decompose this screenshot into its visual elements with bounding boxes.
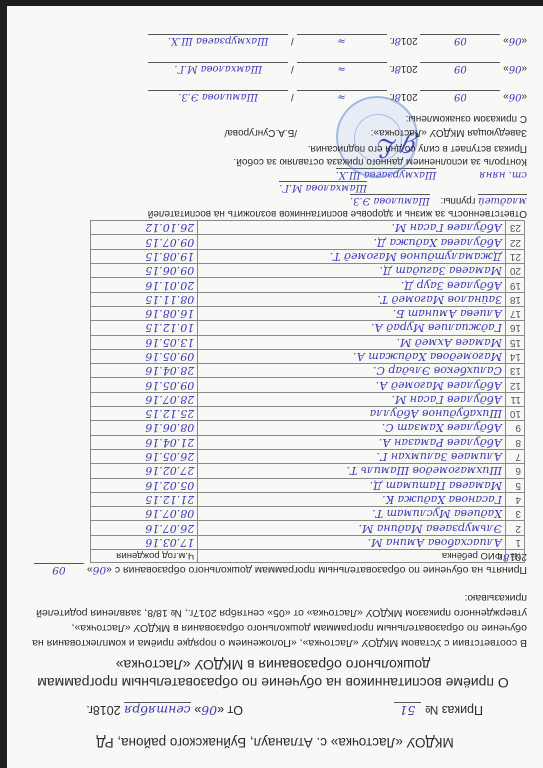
birth-date: 13.05.16	[91, 335, 198, 349]
table-row: 10Шихабудинов Абдулла25.12.15	[91, 407, 525, 421]
child-name: Абдулаев Гасан М.	[198, 221, 506, 235]
table-header-row: № ФИО ребёнка Ч.м.год рождения	[91, 550, 525, 563]
birth-date: 08.06.16	[91, 421, 198, 435]
table-row: 11Абдулаев Гасан М.28.07.16	[91, 392, 525, 406]
row-number: 19	[505, 278, 524, 292]
order-number-value: 51	[394, 702, 422, 718]
child-name: Абдулаев Хамзат С.	[198, 421, 506, 435]
birth-date: 09.07.15	[91, 235, 198, 249]
child-name: Мамаева Загидат Д.	[198, 264, 506, 278]
control-text: Контроль за исполнением данного приказа …	[234, 142, 527, 168]
birth-date: 09.06.15	[91, 264, 198, 278]
row-number: 17	[505, 306, 524, 320]
birth-date: 21.04.16	[91, 435, 198, 449]
child-name: Зайналов Магомед Т.	[198, 292, 506, 306]
child-name: Абдулаева Хадижа Д.	[198, 235, 506, 249]
table-row: 19Абдулаев Заур Д.20.01.16	[91, 278, 525, 292]
table-row: 1Алиасхабова Амина М.17.03.16	[91, 535, 525, 549]
child-name: Абдулаев Рамазан А.	[198, 435, 506, 449]
signature-mark: ≈	[297, 34, 387, 46]
signature-row: «06» 09 2018г. ≈ / Шамилова Э.З.	[27, 90, 527, 102]
table-row: 9Абдулаев Хамзат С.08.06.16	[91, 421, 525, 435]
birth-date: 08.11.15	[91, 292, 198, 306]
row-number: 15	[505, 335, 524, 349]
birth-date: 09.05.16	[91, 378, 198, 392]
row-number: 22	[505, 235, 524, 249]
table-row: 14Магомедова Хадижат А.09.05.16	[91, 349, 525, 363]
row-number: 11	[505, 392, 524, 406]
child-name: Мамаев Ахмед М.	[198, 335, 506, 349]
order-number: Приказ № 51	[394, 703, 483, 718]
row-number: 10	[505, 407, 524, 421]
row-number: 3	[505, 507, 524, 521]
table-row: 18Зайналов Магомед Т.08.11.15	[91, 292, 525, 306]
birth-date: 27.02.16	[91, 464, 198, 478]
birth-date: 21.12.15	[91, 492, 198, 506]
birth-date: 25.12.15	[91, 407, 198, 421]
birth-date: 09.05.16	[91, 349, 198, 363]
responsibility-text: Ответственность за жизнь и здоровье восп…	[17, 208, 527, 219]
child-name: Джамалутдинов Магомед Т.	[198, 249, 506, 263]
child-name: Хадиева Муслимат Т.	[198, 507, 506, 521]
birth-date: 05.02.16	[91, 478, 198, 492]
row-number: 4	[505, 492, 524, 506]
child-name: Алиева Аминат Б.	[198, 306, 506, 320]
table-row: 20Мамаева Загидат Д.09.06.15	[91, 264, 525, 278]
child-name: Салихбеков Эльдар С.	[198, 364, 506, 378]
row-number: 2	[505, 521, 524, 535]
row-number: 21	[505, 249, 524, 263]
table-row: 13Салихбеков Эльдар С.28.04.16	[91, 364, 525, 378]
birth-date: 26.05.16	[91, 449, 198, 463]
row-number: 5	[505, 478, 524, 492]
child-name: Шихмагомедов Шамиль Т.	[198, 464, 506, 478]
table-row: 4Гасанова Хадижа К.21.12.15	[91, 492, 525, 506]
signature-mark: ≈	[297, 62, 387, 74]
child-name: Гаджиалиев Мурад А.	[198, 321, 506, 335]
birth-date: 16.08.16	[91, 306, 198, 320]
signature-row: «06» 09 2018г. ≈ / Шахмурзаева Ш.Х.	[27, 34, 527, 46]
table-row: 21Джамалутдинов Магомед Т.19.08.15	[91, 249, 525, 263]
child-name: Абдулаев Магомед А.	[198, 378, 506, 392]
row-number: 14	[505, 349, 524, 363]
order-date: От «06» сентября 2018г.	[86, 703, 243, 718]
organization-header: МКДОУ «Ласточка» с. Атланаул, Буйнакског…	[7, 735, 543, 750]
row-number: 18	[505, 292, 524, 306]
birth-date: 26.10.12	[91, 221, 198, 235]
row-number: 6	[505, 464, 524, 478]
row-number: 16	[505, 321, 524, 335]
birth-date: 26.07.16	[91, 521, 198, 535]
child-name: Гасанова Хадижа К.	[198, 492, 506, 506]
birth-date: 19.08.15	[91, 249, 198, 263]
birth-date: 10.12.15	[91, 321, 198, 335]
table-row: 3Хадиева Муслимат Т.08.07.16	[91, 507, 525, 521]
child-name: Магомедова Хадижат А.	[198, 349, 506, 363]
table-row: 2Эльмурзаева Мадина М.26.07.16	[91, 521, 525, 535]
scan-edge	[0, 0, 7, 768]
child-name: Эльмурзаева Мадина М.	[198, 521, 506, 535]
table-row: 12Абдулаев Магомед А.09.05.16	[91, 378, 525, 392]
signature-row: «06» 09 2018г. ≈ / Шамхалова М.Г.	[27, 62, 527, 74]
table-row: 17Алиева Аминат Б.16.08.16	[91, 306, 525, 320]
child-name: Абдулаев Заур Д.	[198, 278, 506, 292]
row-number: 1	[505, 535, 524, 549]
signature-mark: ≈	[297, 90, 387, 102]
header-number: №	[505, 550, 524, 563]
table-row: 8Абдулаев Рамазан А.21.04.16	[91, 435, 525, 449]
familiarized-label: С приказом ознакомлены:	[406, 113, 527, 124]
group-line: младшей группы: Шамилова Э.З. Шамхалова …	[17, 169, 527, 206]
children-table: № ФИО ребёнка Ч.м.год рождения 1Алиасхаб…	[90, 220, 525, 563]
table-row: 23Абдулаев Гасан М.26.10.12	[91, 221, 525, 235]
row-number: 9	[505, 421, 524, 435]
row-number: 7	[505, 449, 524, 463]
head-line: Заведующая МКДОУ «Ласточка»: /Б.А.Сунгур…	[371, 127, 527, 138]
birth-date: 28.04.16	[91, 364, 198, 378]
table-row: 7Алимаев Залимхан Г.26.05.16	[91, 449, 525, 463]
table-row: 16Гаджиалиев Мурад А.10.12.15	[91, 321, 525, 335]
table-row: 5Мамаева Патимат Д.05.02.16	[91, 478, 525, 492]
birth-date: 08.07.16	[91, 507, 198, 521]
rotated-scan: МКДОУ «Ласточка» с. Атланаул, Буйнакског…	[0, 0, 543, 768]
child-name: Алимаев Залимхан Г.	[198, 449, 506, 463]
table-row: 6Шихмагомедов Шамиль Т.27.02.16	[91, 464, 525, 478]
birth-date: 20.01.16	[91, 278, 198, 292]
table-row: 15Мамаев Ахмед М.13.05.16	[91, 335, 525, 349]
row-number: 12	[505, 378, 524, 392]
child-name: Алиасхабова Амина М.	[198, 535, 506, 549]
birth-date: 28.07.16	[91, 392, 198, 406]
document-page: МКДОУ «Ласточка» с. Атланаул, Буйнакског…	[7, 6, 543, 768]
row-number: 8	[505, 435, 524, 449]
order-preamble: В соответствии с Уставом МКДОУ «Ласточка…	[17, 590, 527, 650]
row-number: 23	[505, 221, 524, 235]
birth-date: 17.03.16	[91, 535, 198, 549]
order-title: О приёме воспитанников на обучение по об…	[23, 656, 523, 692]
header-dob: Ч.м.год рождения	[91, 550, 198, 563]
header-name: ФИО ребёнка	[198, 550, 506, 563]
child-name: Шихабудинов Абдулла	[198, 407, 506, 421]
child-name: Мамаева Патимат Д.	[198, 478, 506, 492]
row-number: 20	[505, 264, 524, 278]
scan-edge-bottom	[0, 0, 543, 6]
row-number: 13	[505, 364, 524, 378]
table-row: 22Абдулаева Хадижа Д.09.07.15	[91, 235, 525, 249]
child-name: Абдулаев Гасан М.	[198, 392, 506, 406]
